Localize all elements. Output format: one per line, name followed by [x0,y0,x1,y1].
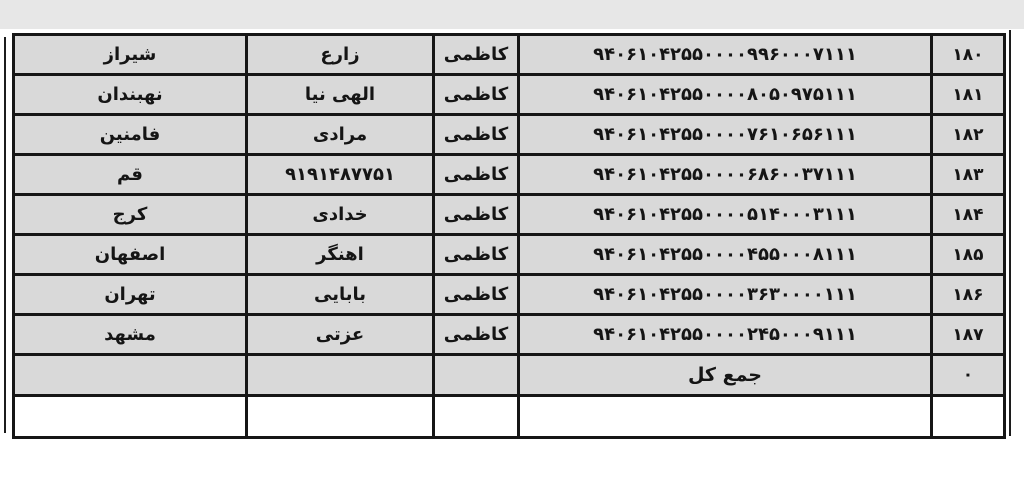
last-name-cell: اهنگر [247,235,434,275]
city-cell: مشهد [14,315,247,355]
last-name-cell: بابایی [247,275,434,315]
last-name-cell: ۹۱۹۱۴۸۷۷۵۱ [247,155,434,195]
city-cell: شیراز [14,35,247,75]
family-name-cell: کاظمی [434,155,519,195]
empty-cell [247,396,434,438]
empty-cell [14,396,247,438]
long-number-cell: ۹۴۰۶۱۰۴۲۵۵۰۰۰۰۲۴۵۰۰۰۹۱۱۱ [519,315,932,355]
outer-left-rule [4,37,6,433]
long-number-cell: ۹۴۰۶۱۰۴۲۵۵۰۰۰۰۳۶۳۰۰۰۰۱۱۱ [519,275,932,315]
table-row: ۱۸۶ ۹۴۰۶۱۰۴۲۵۵۰۰۰۰۳۶۳۰۰۰۰۱۱۱ کاظمی بابای… [14,275,1005,315]
last-name-cell: عزتی [247,315,434,355]
city-cell: نهبندان [14,75,247,115]
city-cell: تهران [14,275,247,315]
outer-right-rule [1009,30,1011,436]
row-number-cell: ۱۸۵ [932,235,1005,275]
grand-total-label: جمع کل [519,355,932,396]
table-row: ۱۸۱ ۹۴۰۶۱۰۴۲۵۵۰۰۰۰۸۰۵۰۹۷۵۱۱۱ کاظمی الهی … [14,75,1005,115]
row-number-cell: ۱۸۴ [932,195,1005,235]
table-row: ۱۸۷ ۹۴۰۶۱۰۴۲۵۵۰۰۰۰۲۴۵۰۰۰۹۱۱۱ کاظمی عزتی … [14,315,1005,355]
table-row: ۱۸۰ ۹۴۰۶۱۰۴۲۵۵۰۰۰۰۹۹۶۰۰۰۷۱۱۱ کاظمی زارع … [14,35,1005,75]
long-number-cell: ۹۴۰۶۱۰۴۲۵۵۰۰۰۰۴۵۵۰۰۰۸۱۱۱ [519,235,932,275]
table-row: ۱۸۴ ۹۴۰۶۱۰۴۲۵۵۰۰۰۰۵۱۴۰۰۰۳۱۱۱ کاظمی خدادی… [14,195,1005,235]
last-name-cell: مرادی [247,115,434,155]
row-number-cell: ۱۸۳ [932,155,1005,195]
empty-cell [519,396,932,438]
empty-cell [434,355,519,396]
previous-row-crop-strip [0,0,1024,29]
table-row: ۱۸۵ ۹۴۰۶۱۰۴۲۵۵۰۰۰۰۴۵۵۰۰۰۸۱۱۱ کاظمی اهنگر… [14,235,1005,275]
city-cell: کرج [14,195,247,235]
family-name-cell: کاظمی [434,235,519,275]
long-number-cell: ۹۴۰۶۱۰۴۲۵۵۰۰۰۰۵۱۴۰۰۰۳۱۱۱ [519,195,932,235]
city-cell: فامنین [14,115,247,155]
last-name-cell: الهی نیا [247,75,434,115]
empty-row [14,396,1005,438]
family-name-cell: کاظمی [434,275,519,315]
row-number-cell: ۱۸۷ [932,315,1005,355]
empty-cell [932,396,1005,438]
long-number-cell: ۹۴۰۶۱۰۴۲۵۵۰۰۰۰۶۸۶۰۰۳۷۱۱۱ [519,155,932,195]
scanned-document-page: ۱۸۰ ۹۴۰۶۱۰۴۲۵۵۰۰۰۰۹۹۶۰۰۰۷۱۱۱ کاظمی زارع … [0,0,1024,481]
table-row: ۱۸۲ ۹۴۰۶۱۰۴۲۵۵۰۰۰۰۷۶۱۰۶۵۶۱۱۱ کاظمی مرادی… [14,115,1005,155]
empty-cell [247,355,434,396]
family-name-cell: کاظمی [434,195,519,235]
long-number-cell: ۹۴۰۶۱۰۴۲۵۵۰۰۰۰۷۶۱۰۶۵۶۱۱۱ [519,115,932,155]
empty-cell [434,396,519,438]
table-row: ۱۸۳ ۹۴۰۶۱۰۴۲۵۵۰۰۰۰۶۸۶۰۰۳۷۱۱۱ کاظمی ۹۱۹۱۴… [14,155,1005,195]
city-cell: اصفهان [14,235,247,275]
data-table: ۱۸۰ ۹۴۰۶۱۰۴۲۵۵۰۰۰۰۹۹۶۰۰۰۷۱۱۱ کاظمی زارع … [12,33,1006,439]
city-cell: قم [14,155,247,195]
last-name-cell: خدادی [247,195,434,235]
row-number-cell: ۱۸۶ [932,275,1005,315]
family-name-cell: کاظمی [434,115,519,155]
row-number-cell: ۱۸۱ [932,75,1005,115]
total-row: ۰ جمع کل [14,355,1005,396]
long-number-cell: ۹۴۰۶۱۰۴۲۵۵۰۰۰۰۸۰۵۰۹۷۵۱۱۱ [519,75,932,115]
empty-cell [14,355,247,396]
family-name-cell: کاظمی [434,315,519,355]
family-name-cell: کاظمی [434,75,519,115]
last-name-cell: زارع [247,35,434,75]
long-number-cell: ۹۴۰۶۱۰۴۲۵۵۰۰۰۰۹۹۶۰۰۰۷۱۱۱ [519,35,932,75]
family-name-cell: کاظمی [434,35,519,75]
total-row-number-cell: ۰ [932,355,1005,396]
row-number-cell: ۱۸۰ [932,35,1005,75]
row-number-cell: ۱۸۲ [932,115,1005,155]
